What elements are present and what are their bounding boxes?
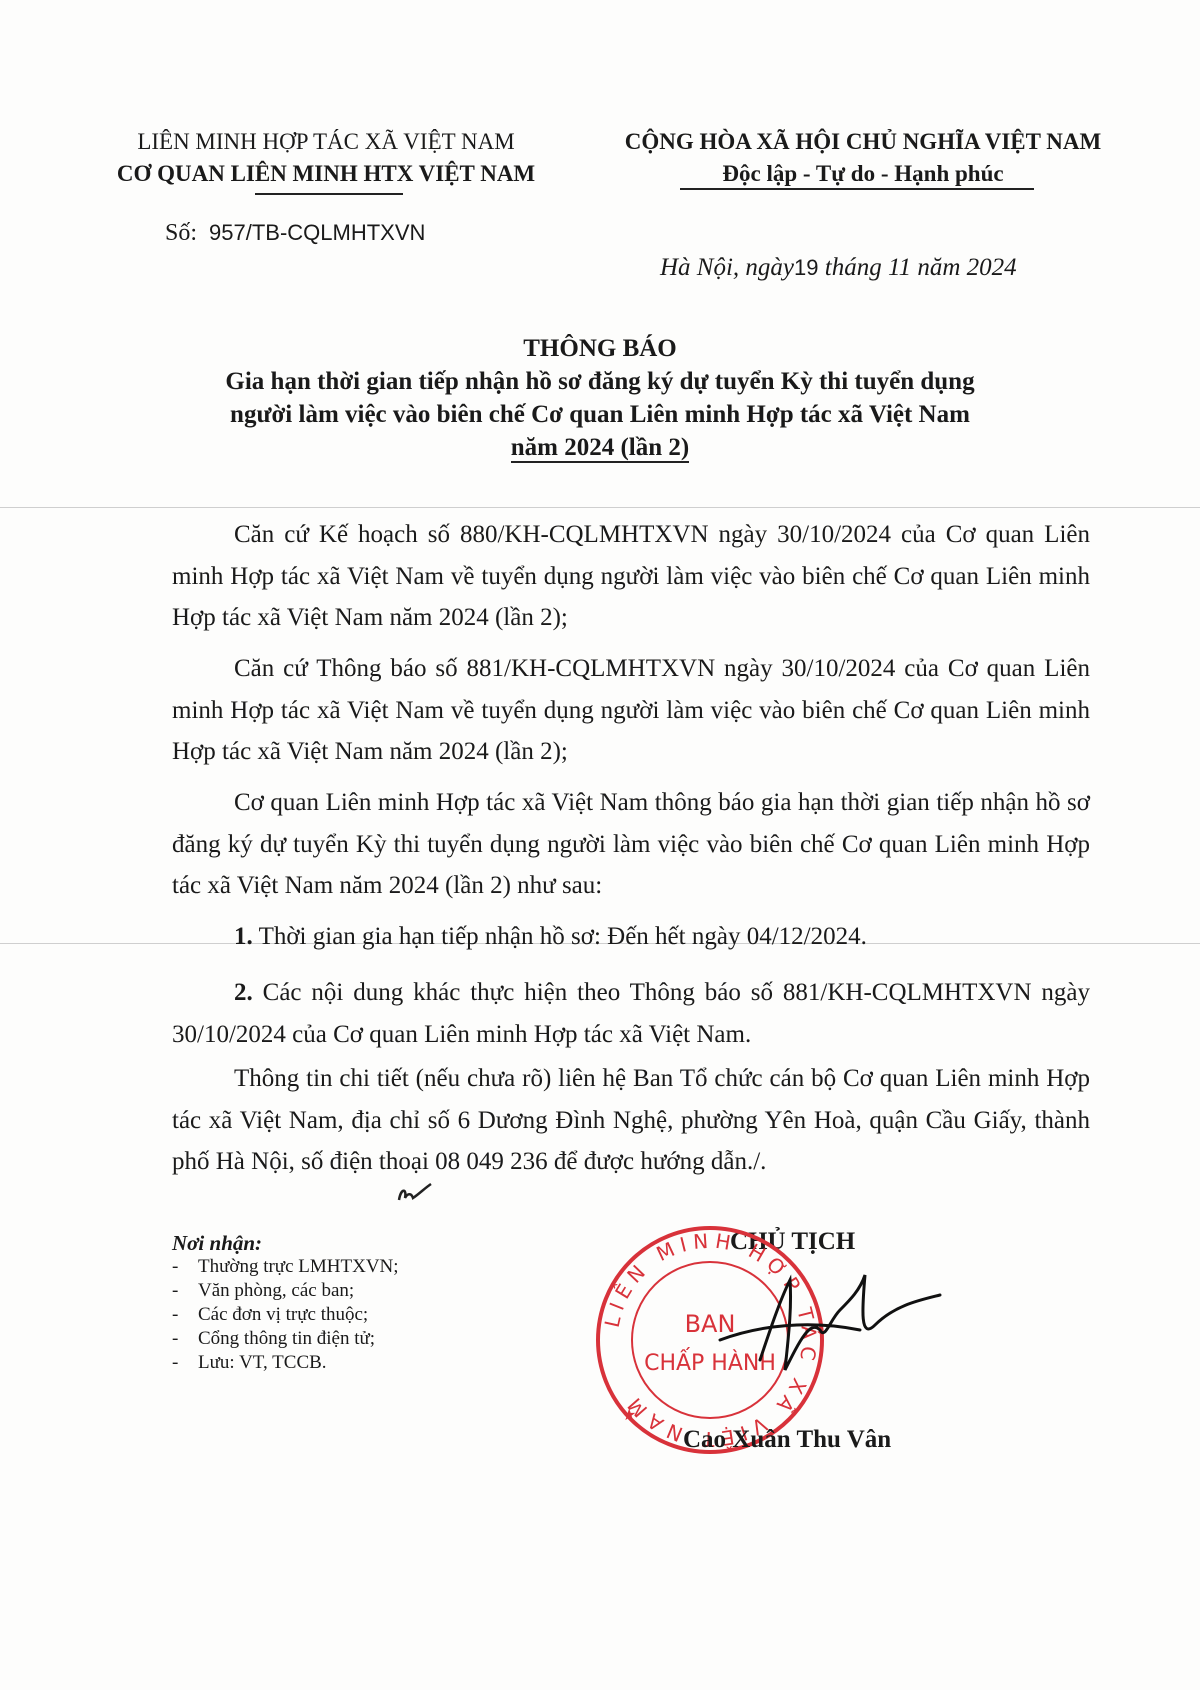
date-prefix: Hà Nội, ngày xyxy=(660,254,794,281)
title-line-2: người làm việc vào biên chế Cơ quan Liên… xyxy=(170,398,1030,431)
item-text: Các nội dung khác thực hiện theo Thông b… xyxy=(172,979,1090,1048)
recipient-text: Các đơn vị trực thuộc; xyxy=(198,1304,368,1325)
org-underline xyxy=(255,193,403,195)
date-month-year: tháng 11 năm 2024 xyxy=(825,254,1017,281)
recipient-text: Thường trực LMHTXVN; xyxy=(198,1256,399,1277)
header-left: LIÊN MINH HỢP TÁC XÃ VIỆT NAM CƠ QUAN LI… xyxy=(86,126,566,190)
item-number: 2. xyxy=(234,979,253,1006)
doc-number: Số: 957/TB-CQLMHTXVN xyxy=(165,220,425,247)
handwritten-signature-icon xyxy=(700,1270,950,1390)
recipient-text: Cổng thông tin điện tử; xyxy=(198,1328,375,1349)
paragraph-text: Căn cứ Kế hoạch số 880/KH-CQLMHTXVN ngày… xyxy=(172,521,1090,631)
recipients-block: Nơi nhận: -Thường trực LMHTXVN; -Văn phò… xyxy=(172,1231,399,1375)
title-line-3: năm 2024 (lần 2) xyxy=(511,434,689,463)
doc-number-label: Số: xyxy=(165,220,197,246)
org-name: CƠ QUAN LIÊN MINH HTX VIỆT NAM xyxy=(86,158,566,190)
document-title: THÔNG BÁO Gia hạn thời gian tiếp nhận hồ… xyxy=(170,332,1030,464)
motto-underline xyxy=(680,188,1034,190)
paragraph-contact: Thông tin chi tiết (nếu chưa rõ) liên hệ… xyxy=(172,1058,1090,1183)
paragraph-text: Cơ quan Liên minh Hợp tác xã Việt Nam th… xyxy=(172,789,1090,899)
recipient-item: -Văn phòng, các ban; xyxy=(172,1279,399,1303)
item-1: 1. Thời gian gia hạn tiếp nhận hồ sơ: Đế… xyxy=(172,916,1090,958)
org-parent: LIÊN MINH HỢP TÁC XÃ VIỆT NAM xyxy=(86,126,566,158)
national-title: CỘNG HÒA XÃ HỘI CHỦ NGHĨA VIỆT NAM xyxy=(586,126,1140,158)
title-type: THÔNG BÁO xyxy=(170,332,1030,365)
recipient-text: Lưu: VT, TCCB. xyxy=(198,1352,327,1373)
motto: Độc lập - Tự do - Hạnh phúc xyxy=(586,158,1140,190)
header-right: CỘNG HÒA XÃ HỘI CHỦ NGHĨA VIỆT NAM Độc l… xyxy=(586,126,1140,190)
recipient-item: -Cổng thông tin điện tử; xyxy=(172,1327,399,1351)
scan-line xyxy=(0,507,1200,508)
title-line-1: Gia hạn thời gian tiếp nhận hồ sơ đăng k… xyxy=(170,365,1030,398)
paragraph-basis-1: Căn cứ Kế hoạch số 880/KH-CQLMHTXVN ngày… xyxy=(172,514,1090,639)
recipients-title: Nơi nhận: xyxy=(172,1231,399,1255)
initials-mark-icon xyxy=(395,1180,435,1210)
paragraph-basis-2: Căn cứ Thông báo số 881/KH-CQLMHTXVN ngà… xyxy=(172,648,1090,773)
recipient-item: -Các đơn vị trực thuộc; xyxy=(172,1303,399,1327)
recipient-item: -Lưu: VT, TCCB. xyxy=(172,1351,399,1375)
doc-number-value: 957/TB-CQLMHTXVN xyxy=(209,220,425,245)
date-line: Hà Nội, ngày19 tháng 11 năm 2024 xyxy=(660,254,1017,282)
paragraph-text: Căn cứ Thông báo số 881/KH-CQLMHTXVN ngà… xyxy=(172,655,1090,765)
recipient-item: -Thường trực LMHTXVN; xyxy=(172,1255,399,1279)
item-text: Thời gian gia hạn tiếp nhận hồ sơ: Đến h… xyxy=(259,923,867,950)
paragraph-text: Thông tin chi tiết (nếu chưa rõ) liên hệ… xyxy=(172,1065,1090,1175)
item-2: 2. Các nội dung khác thực hiện theo Thôn… xyxy=(172,972,1090,1055)
paragraph-announcement: Cơ quan Liên minh Hợp tác xã Việt Nam th… xyxy=(172,782,1090,907)
signer-name: Cao Xuân Thu Vân xyxy=(683,1426,891,1454)
item-number: 1. xyxy=(234,923,253,950)
date-day: 19 xyxy=(794,255,818,280)
svg-text:★: ★ xyxy=(622,1407,636,1424)
recipient-text: Văn phòng, các ban; xyxy=(198,1280,354,1301)
